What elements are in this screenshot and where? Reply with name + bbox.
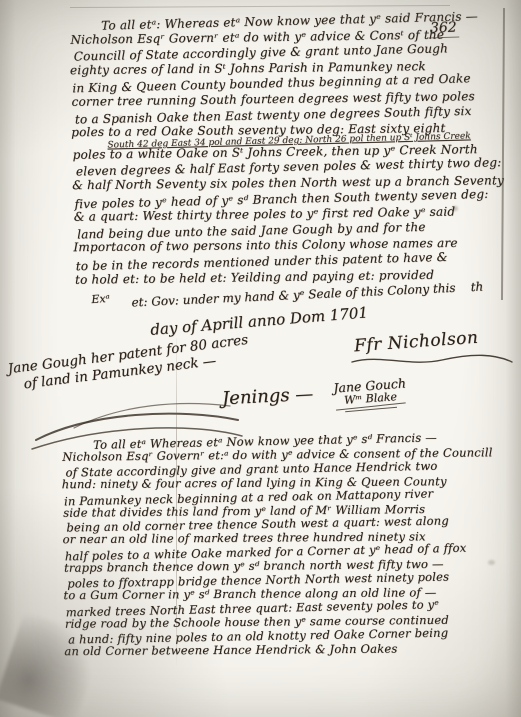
signature-underline-flourish: [350, 352, 515, 368]
margin-examined-abbrev: Exᵃ: [91, 292, 110, 306]
fold-crease: [176, 338, 177, 668]
attestation-block: Jane Gouch Wᵐ Blake: [333, 376, 408, 413]
page-edge-line: [70, 5, 450, 8]
patent2-paragraph: To all etᵃ Whereas etᵃ Now know yee that…: [62, 431, 521, 661]
margin-note: Jane Gough her patent for 80 acres of la…: [7, 331, 259, 395]
patent1-paragraph: To all etᵃ: Whereas etᵃ Now know yee tha…: [70, 9, 521, 329]
ink-stain: [488, 560, 495, 565]
ink-stain: [452, 206, 458, 211]
text-line: an old Corner betweene Hance Hendrick & …: [64, 641, 521, 659]
document-page: 362 To all etᵃ: Whereas etᵃ Now know yee…: [0, 0, 521, 717]
ink-stain: [118, 116, 123, 120]
